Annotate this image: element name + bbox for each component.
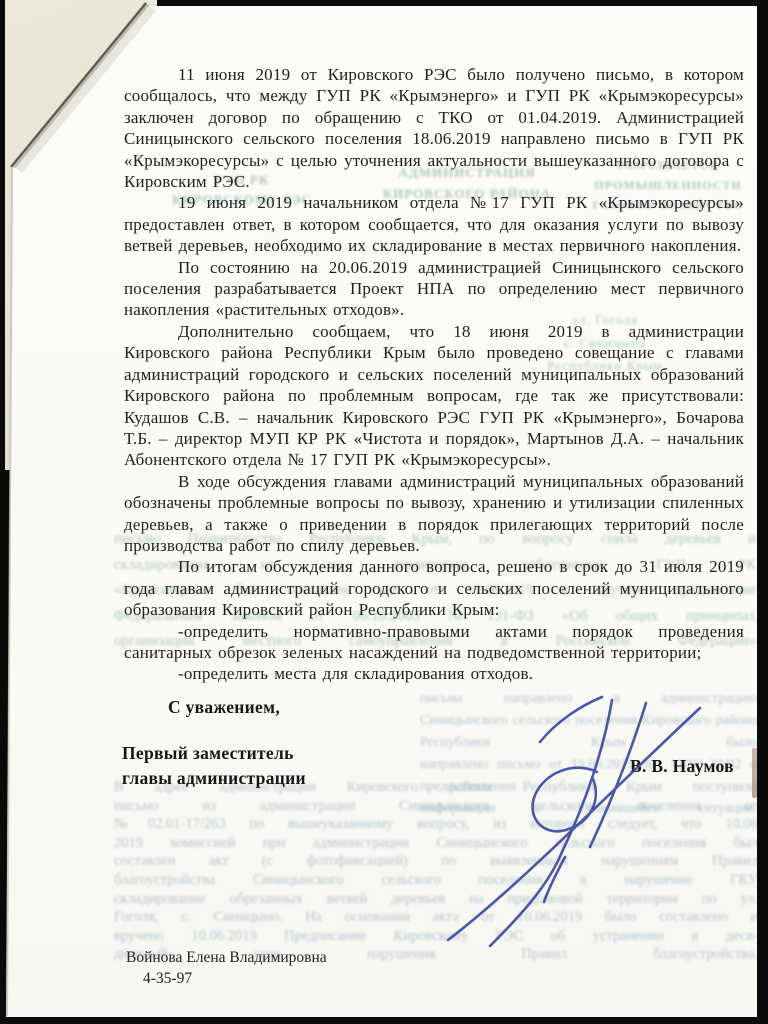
- executor-block: Войнова Елена Владимировна 4-35-97: [126, 947, 327, 989]
- body-paragraph: 19 июня 2019 начальником отдела №17 ГУП …: [124, 192, 744, 256]
- body-paragraph: 11 июня 2019 от Кировского РЭС было полу…: [124, 64, 744, 192]
- executor-phone: 4-35-97: [143, 968, 327, 989]
- bleed-paragraph: В адрес администрации Кировского района …: [114, 778, 758, 964]
- bleed-paragraph: письма направлено в администрацию Синицы…: [420, 688, 757, 820]
- signer-name: В. В. Наумов: [630, 756, 734, 777]
- body-paragraph: -определить нормативно-правовыми актами …: [124, 621, 744, 664]
- letter-page: ГУП РК КИРОВСКОМУ РЭС АДМИНИСТРАЦИЯ КИРО…: [0, 0, 768, 1024]
- executor-name: Войнова Елена Владимировна: [126, 947, 327, 968]
- body-paragraph: По итогам обсуждения данного вопроса, ре…: [124, 556, 744, 620]
- body-paragraph: Дополнительно сообщаем, что 18 июня 2019…: [124, 321, 744, 471]
- body-paragraph: По состоянию на 20.06.2019 администрацие…: [124, 257, 744, 321]
- scanned-letter: ГУП РК КИРОВСКОМУ РЭС АДМИНИСТРАЦИЯ КИРО…: [0, 0, 768, 1024]
- body-paragraph: В ходе обсуждения главами администраций …: [124, 471, 744, 557]
- body-paragraph: -определить места для складирования отхо…: [124, 663, 744, 684]
- signer-title: Первый заместитель главы администрации: [122, 741, 306, 791]
- scan-artifact: [752, 748, 757, 798]
- closing-salutation: С уважением,: [168, 697, 280, 718]
- letter-body: 11 июня 2019 от Кировского РЭС было полу…: [124, 64, 744, 685]
